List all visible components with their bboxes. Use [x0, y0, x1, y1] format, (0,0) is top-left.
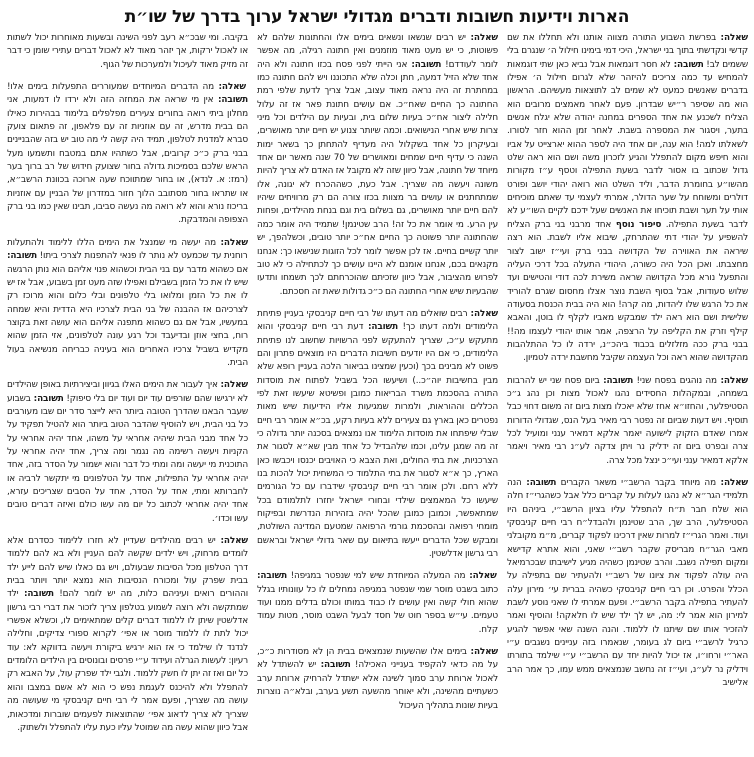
question-text: מה נוהגים בפסח שני!	[633, 376, 717, 386]
column-middle: שאלה: יש רבים שנשאו ונשאים בימים אלו והח…	[257, 32, 498, 754]
more-story-text: אחד מרבני בני ברק הצליח להשפיע על יהודי …	[507, 220, 748, 363]
answer-label: תשובה:	[407, 60, 441, 70]
question-text: מה הדברים המיוחדים שמעוררים התפעלות בימי…	[7, 82, 214, 92]
question-text: מה יעשה מי שמנצל את הימים הללו ללימוד ול…	[7, 238, 248, 261]
question-text: מה מיוחד בקבר הרשב״י משאר הקברים	[556, 478, 716, 488]
answer-text: בשבוע שעבר הבאנו שהדרך הטובה ביותר היא ל…	[7, 394, 248, 524]
question-label: שאלה:	[218, 380, 248, 390]
qa-item: שאלה: בפרשת השבוע התורה מצווה אותנו ולא …	[507, 32, 748, 366]
article-columns: שאלה: בפרשת השבוע התורה מצווה אותנו ולא …	[6, 32, 748, 754]
answer-label: תשובה:	[7, 251, 37, 261]
continuation-text: בקיבה. ומי שבכ״א רעב לפני השינה ובשעות מ…	[7, 32, 248, 72]
qa-item: שאלה: מה יעשה מי שמנצל את הימים הללו ללי…	[7, 237, 248, 370]
qa-item: שאלה: בימים אלו שהשעות שנמצאים בבית הן ל…	[257, 646, 498, 713]
qa-item: שאלה: מה המעלה המיוחדת שיש למי שנפטר במג…	[257, 570, 498, 637]
answer-label: תשובה:	[257, 571, 287, 581]
question-label: שאלה:	[467, 309, 498, 319]
column-left: בקיבה. ומי שבכ״א רעב לפני השינה ובשעות מ…	[7, 32, 248, 754]
question-label: שאלה:	[716, 478, 748, 488]
qa-item: שאלה: מה מיוחד בקבר הרשב״י משאר הקברים ת…	[507, 477, 748, 691]
answer-text: הנה תלמידי הגר״א לא נהגו לעלות על קברים …	[507, 478, 748, 688]
question-label: שאלה:	[214, 82, 246, 92]
qa-item: שאלה: מה נוהגים בפסח שני! תשובה: ביום פס…	[507, 375, 748, 468]
question-label: שאלה:	[717, 376, 748, 386]
answer-label: תשובה:	[522, 478, 557, 488]
question-label: שאלה:	[716, 33, 748, 43]
answer-text: אני הייתי לפני פסח בכזו חתונה ולא היה אח…	[257, 60, 498, 297]
answer-label: תשובה:	[18, 589, 54, 599]
newspaper-page: הארות וידיעות חשובות ודברים מגדולי ישראל…	[0, 0, 754, 757]
question-text: מה המעלה המיוחדת שיש למי שנפטר במגיפה!	[287, 571, 465, 581]
answer-text: ביום פסח שני יש להרבות בשמחה, ובמקהלות ה…	[507, 376, 748, 466]
qa-item: שאלה: יש רבים מהילדים שעדיין לא חזרו ללי…	[7, 535, 248, 735]
answer-text: ילד שמתקשה ולא רוצה לשמוע בטלפון צריך לז…	[7, 589, 248, 732]
page-headline: הארות וידיעות חשובות ודברים מגדולי ישראל…	[6, 0, 748, 30]
answer-text: כתוב בשבט מוסר שמי שנפטר במגיפה נמחלים ל…	[257, 585, 498, 635]
qa-item: שאלה: יש רבים שנשאו ונשאים בימים אלו והח…	[257, 32, 498, 299]
question-label: שאלה:	[216, 536, 248, 546]
answer-label: תשובה:	[31, 394, 64, 404]
answer-label: תשובה:	[600, 376, 634, 386]
answer-label: תשובה:	[671, 60, 704, 70]
question-label: שאלה:	[467, 647, 498, 657]
question-label: שאלה:	[216, 238, 248, 248]
answer-label: תשובה:	[213, 95, 248, 105]
answer-text: אין מי שראה את המחזה הזה ולא ירדו לו דמע…	[7, 95, 248, 225]
qa-item: שאלה: איך לעבור את הימים האלו בגיוון ובי…	[7, 379, 248, 526]
answer-text: לא חסר דוגמאות אבל נביא כאן שתי דוגמאות …	[507, 60, 748, 230]
answer-label: תשובה:	[316, 660, 351, 670]
answer-label: תשובה:	[363, 322, 398, 332]
answer-text: אם כשהוא מדבר עם בני הבית וכשהוא פנוי אל…	[7, 265, 248, 368]
answer-text: דעת רבי חיים קניבסקי והוא מתעקש ע״כ, שצר…	[257, 322, 498, 559]
more-story-label: סיפור נוסף	[611, 220, 661, 230]
column-right: שאלה: בפרשת השבוע התורה מצווה אותנו ולא …	[507, 32, 748, 754]
question-label: שאלה:	[465, 571, 496, 581]
qa-item: שאלה: מה הדברים המיוחדים שמעוררים התפעלו…	[7, 81, 248, 228]
question-label: שאלה:	[466, 33, 498, 43]
qa-item: שאלה: רבים שואלים מה דעתו של רבי חיים קנ…	[257, 308, 498, 562]
